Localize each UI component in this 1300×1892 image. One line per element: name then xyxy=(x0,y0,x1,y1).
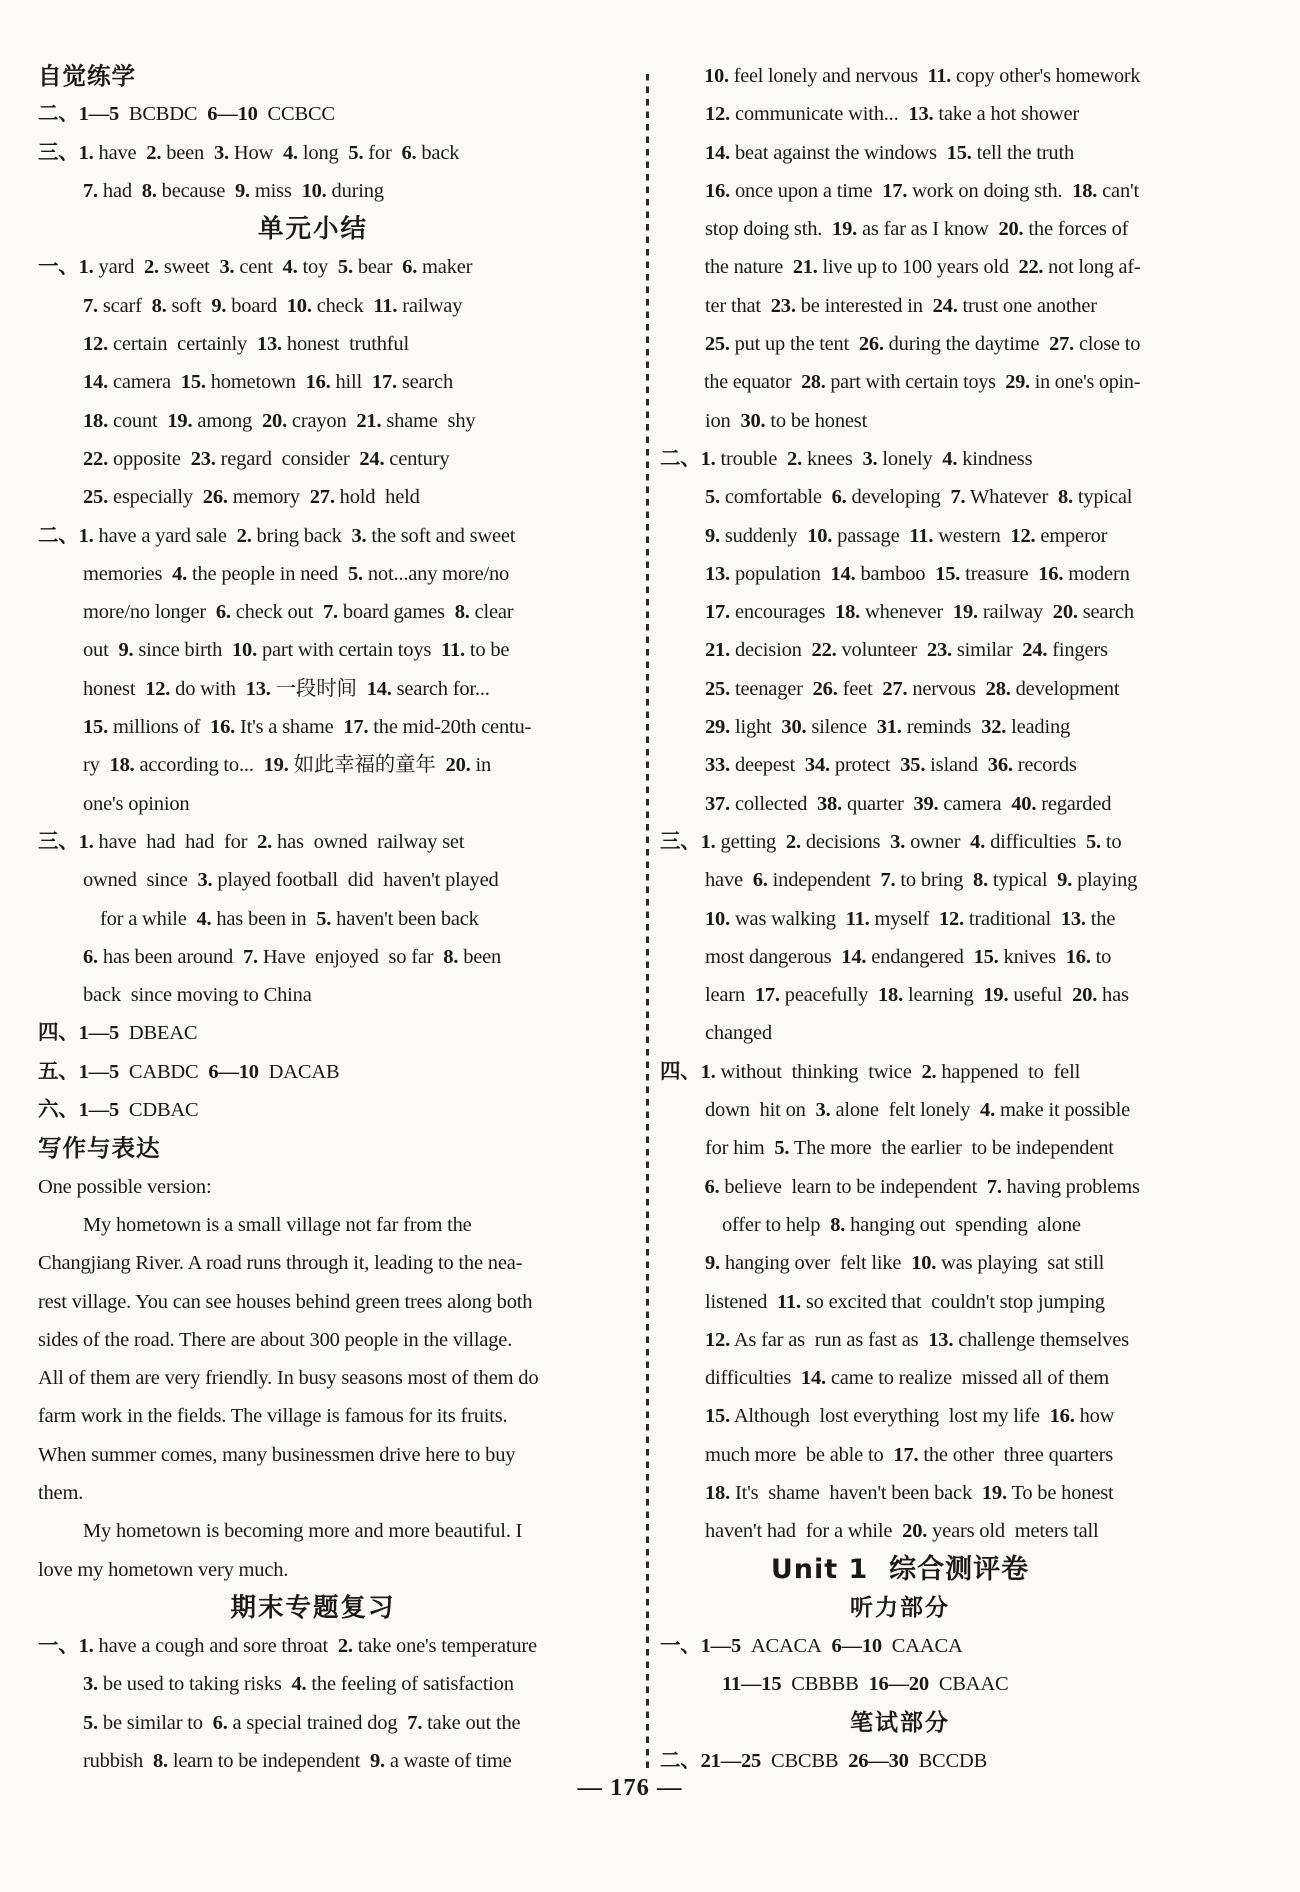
text-line: 14. camera 15. hometown 16. hill 17. sea… xyxy=(38,363,588,401)
text-line: 二、1. have a yard sale 2. bring back 3. t… xyxy=(38,517,588,555)
text-line: have 6. independent 7. to bring 8. typic… xyxy=(660,861,1140,899)
text-line: 12. communicate with... 13. take a hot s… xyxy=(660,95,1140,133)
text-line: 期末专题复习 xyxy=(38,1589,588,1627)
text-line: love my hometown very much. xyxy=(38,1551,588,1589)
text-line: 25. especially 26. memory 27. hold held xyxy=(38,478,588,516)
text-line: the nature 21. live up to 100 years old … xyxy=(660,248,1135,286)
page-number: — 176 — xyxy=(545,1769,715,1807)
text-line: stop doing sth. 19. as far as I know 20.… xyxy=(660,210,1140,248)
text-line: down hit on 3. alone felt lonely 4. make… xyxy=(660,1091,1140,1129)
text-line: honest 12. do with 13. 一段时间 14. search f… xyxy=(38,670,588,708)
text-line: 11—15 CBBBB 16—20 CBAAC xyxy=(660,1665,1140,1703)
column-divider xyxy=(646,74,649,1774)
text-line: 5. be similar to 6. a special trained do… xyxy=(38,1704,588,1742)
text-line: 25. put up the tent 26. during the dayti… xyxy=(660,325,1138,363)
text-line: 三、1. have had had for 2. has owned railw… xyxy=(38,823,588,861)
text-line: 二、1. trouble 2. knees 3. lonely 4. kindn… xyxy=(660,440,1140,478)
answer-key-page: 自觉练学二、1—5 BCBDC 6—10 CCBCC三、1. have 2. b… xyxy=(0,0,1300,1892)
text-line: 15. Although lost everything lost my lif… xyxy=(660,1397,1140,1435)
text-line: listened 11. so excited that couldn't st… xyxy=(660,1283,1140,1321)
text-line: more/no longer 6. check out 7. board gam… xyxy=(38,593,588,631)
text-line: 6. believe learn to be independent 7. ha… xyxy=(660,1168,1136,1206)
text-line: 二、21—25 CBCBB 26—30 BCCDB xyxy=(660,1742,1140,1780)
text-line: One possible version: xyxy=(38,1168,588,1206)
text-line: 六、1—5 CDBAC xyxy=(38,1091,588,1129)
text-line: 四、1—5 DBEAC xyxy=(38,1014,588,1052)
text-line: for him 5. The more the earlier to be in… xyxy=(660,1129,1140,1167)
text-line: 29. light 30. silence 31. reminds 32. le… xyxy=(660,708,1140,746)
text-line: 9. hanging over felt like 10. was playin… xyxy=(660,1244,1140,1282)
text-line: rest village. You can see houses behind … xyxy=(38,1283,588,1321)
text-line: rubbish 8. learn to be independent 9. a … xyxy=(38,1742,588,1780)
text-line: out 9. since birth 10. part with certain… xyxy=(38,631,588,669)
text-line: 自觉练学 xyxy=(38,57,588,95)
text-line: 三、1. have 2. been 3. How 4. long 5. for … xyxy=(38,134,588,172)
text-line: ion 30. to be honest xyxy=(660,402,1140,440)
text-line: 18. It's shame haven't been back 19. To … xyxy=(660,1474,1140,1512)
text-line: difficulties 14. came to realize missed … xyxy=(660,1359,1140,1397)
text-line: 12. As far as run as fast as 13. challen… xyxy=(660,1321,1140,1359)
text-line: 37. collected 38. quarter 39. camera 40.… xyxy=(660,785,1140,823)
text-line: haven't had for a while 20. years old me… xyxy=(660,1512,1140,1550)
text-line: back since moving to China xyxy=(38,976,588,1014)
text-line: 听力部分 xyxy=(660,1589,1140,1627)
text-line: much more be able to 17. the other three… xyxy=(660,1436,1140,1474)
text-line: 15. millions of 16. It's a shame 17. the… xyxy=(38,708,588,746)
text-line: My hometown is becoming more and more be… xyxy=(38,1512,588,1550)
text-line: 10. was walking 11. myself 12. tradition… xyxy=(660,900,1140,938)
text-line: 5. comfortable 6. developing 7. Whatever… xyxy=(660,478,1140,516)
text-line: 6. has been around 7. Have enjoyed so fa… xyxy=(38,938,588,976)
text-line: 25. teenager 26. feet 27. nervous 28. de… xyxy=(660,670,1140,708)
text-line: 13. population 14. bamboo 15. treasure 1… xyxy=(660,555,1140,593)
text-line: for a while 4. has been in 5. haven't be… xyxy=(38,900,588,938)
text-line: 笔试部分 xyxy=(660,1704,1140,1742)
text-line: farm work in the fields. The village is … xyxy=(38,1397,588,1435)
text-line: sides of the road. There are about 300 p… xyxy=(38,1321,588,1359)
text-line: 18. count 19. among 20. crayon 21. shame… xyxy=(38,402,588,440)
text-line: most dangerous 14. endangered 15. knives… xyxy=(660,938,1140,976)
text-line: 10. feel lonely and nervous 11. copy oth… xyxy=(660,57,1132,95)
text-line: 7. scarf 8. soft 9. board 10. check 11. … xyxy=(38,287,588,325)
text-line: 21. decision 22. volunteer 23. similar 2… xyxy=(660,631,1140,669)
text-line: 12. certain certainly 13. honest truthfu… xyxy=(38,325,588,363)
text-line: changed xyxy=(660,1014,1140,1052)
text-line: When summer comes, many businessmen driv… xyxy=(38,1436,588,1474)
text-line: 3. be used to taking risks 4. the feelin… xyxy=(38,1665,588,1703)
text-line: My hometown is a small village not far f… xyxy=(38,1206,588,1244)
text-line: owned since 3. played football did haven… xyxy=(38,861,588,899)
text-line: memories 4. the people in need 5. not...… xyxy=(38,555,588,593)
text-line: Changjiang River. A road runs through it… xyxy=(38,1244,588,1282)
text-line: 9. suddenly 10. passage 11. western 12. … xyxy=(660,517,1140,555)
text-line: 一、1—5 ACACA 6—10 CAACA xyxy=(660,1627,1140,1665)
text-line: 一、1. have a cough and sore throat 2. tak… xyxy=(38,1627,588,1665)
text-line: the equator 28. part with certain toys 2… xyxy=(660,363,1129,401)
answers-column-left: 自觉练学二、1—5 BCBDC 6—10 CCBCC三、1. have 2. b… xyxy=(38,57,588,1780)
text-line: 三、1. getting 2. decisions 3. owner 4. di… xyxy=(660,823,1140,861)
text-line: ter that 23. be interested in 24. trust … xyxy=(660,287,1140,325)
text-line: 14. beat against the windows 15. tell th… xyxy=(660,134,1140,172)
text-line: 22. opposite 23. regard consider 24. cen… xyxy=(38,440,588,478)
answers-column-right: 10. feel lonely and nervous 11. copy oth… xyxy=(660,57,1140,1780)
text-line: 五、1—5 CABDC 6—10 DACAB xyxy=(38,1053,588,1091)
text-line: 单元小结 xyxy=(38,210,588,248)
text-line: All of them are very friendly. In busy s… xyxy=(38,1359,588,1397)
text-line: 17. encourages 18. whenever 19. railway … xyxy=(660,593,1140,631)
text-line: learn 17. peacefully 18. learning 19. us… xyxy=(660,976,1140,1014)
text-line: one's opinion xyxy=(38,785,588,823)
text-line: offer to help 8. hanging out spending al… xyxy=(660,1206,1140,1244)
text-line: 二、1—5 BCBDC 6—10 CCBCC xyxy=(38,95,588,133)
text-line: 一、1. yard 2. sweet 3. cent 4. toy 5. bea… xyxy=(38,248,588,286)
text-line: 写作与表达 xyxy=(38,1129,588,1167)
text-line: 7. had 8. because 9. miss 10. during xyxy=(38,172,588,210)
text-line: them. xyxy=(38,1474,588,1512)
text-line: 四、1. without thinking twice 2. happened … xyxy=(660,1053,1140,1091)
text-line: Unit 1 综合测评卷 xyxy=(660,1551,1140,1589)
text-line: 33. deepest 34. protect 35. island 36. r… xyxy=(660,746,1140,784)
text-line: 16. once upon a time 17. work on doing s… xyxy=(660,172,1140,210)
text-line: ry 18. according to... 19. 如此幸福的童年 20. i… xyxy=(38,746,588,784)
